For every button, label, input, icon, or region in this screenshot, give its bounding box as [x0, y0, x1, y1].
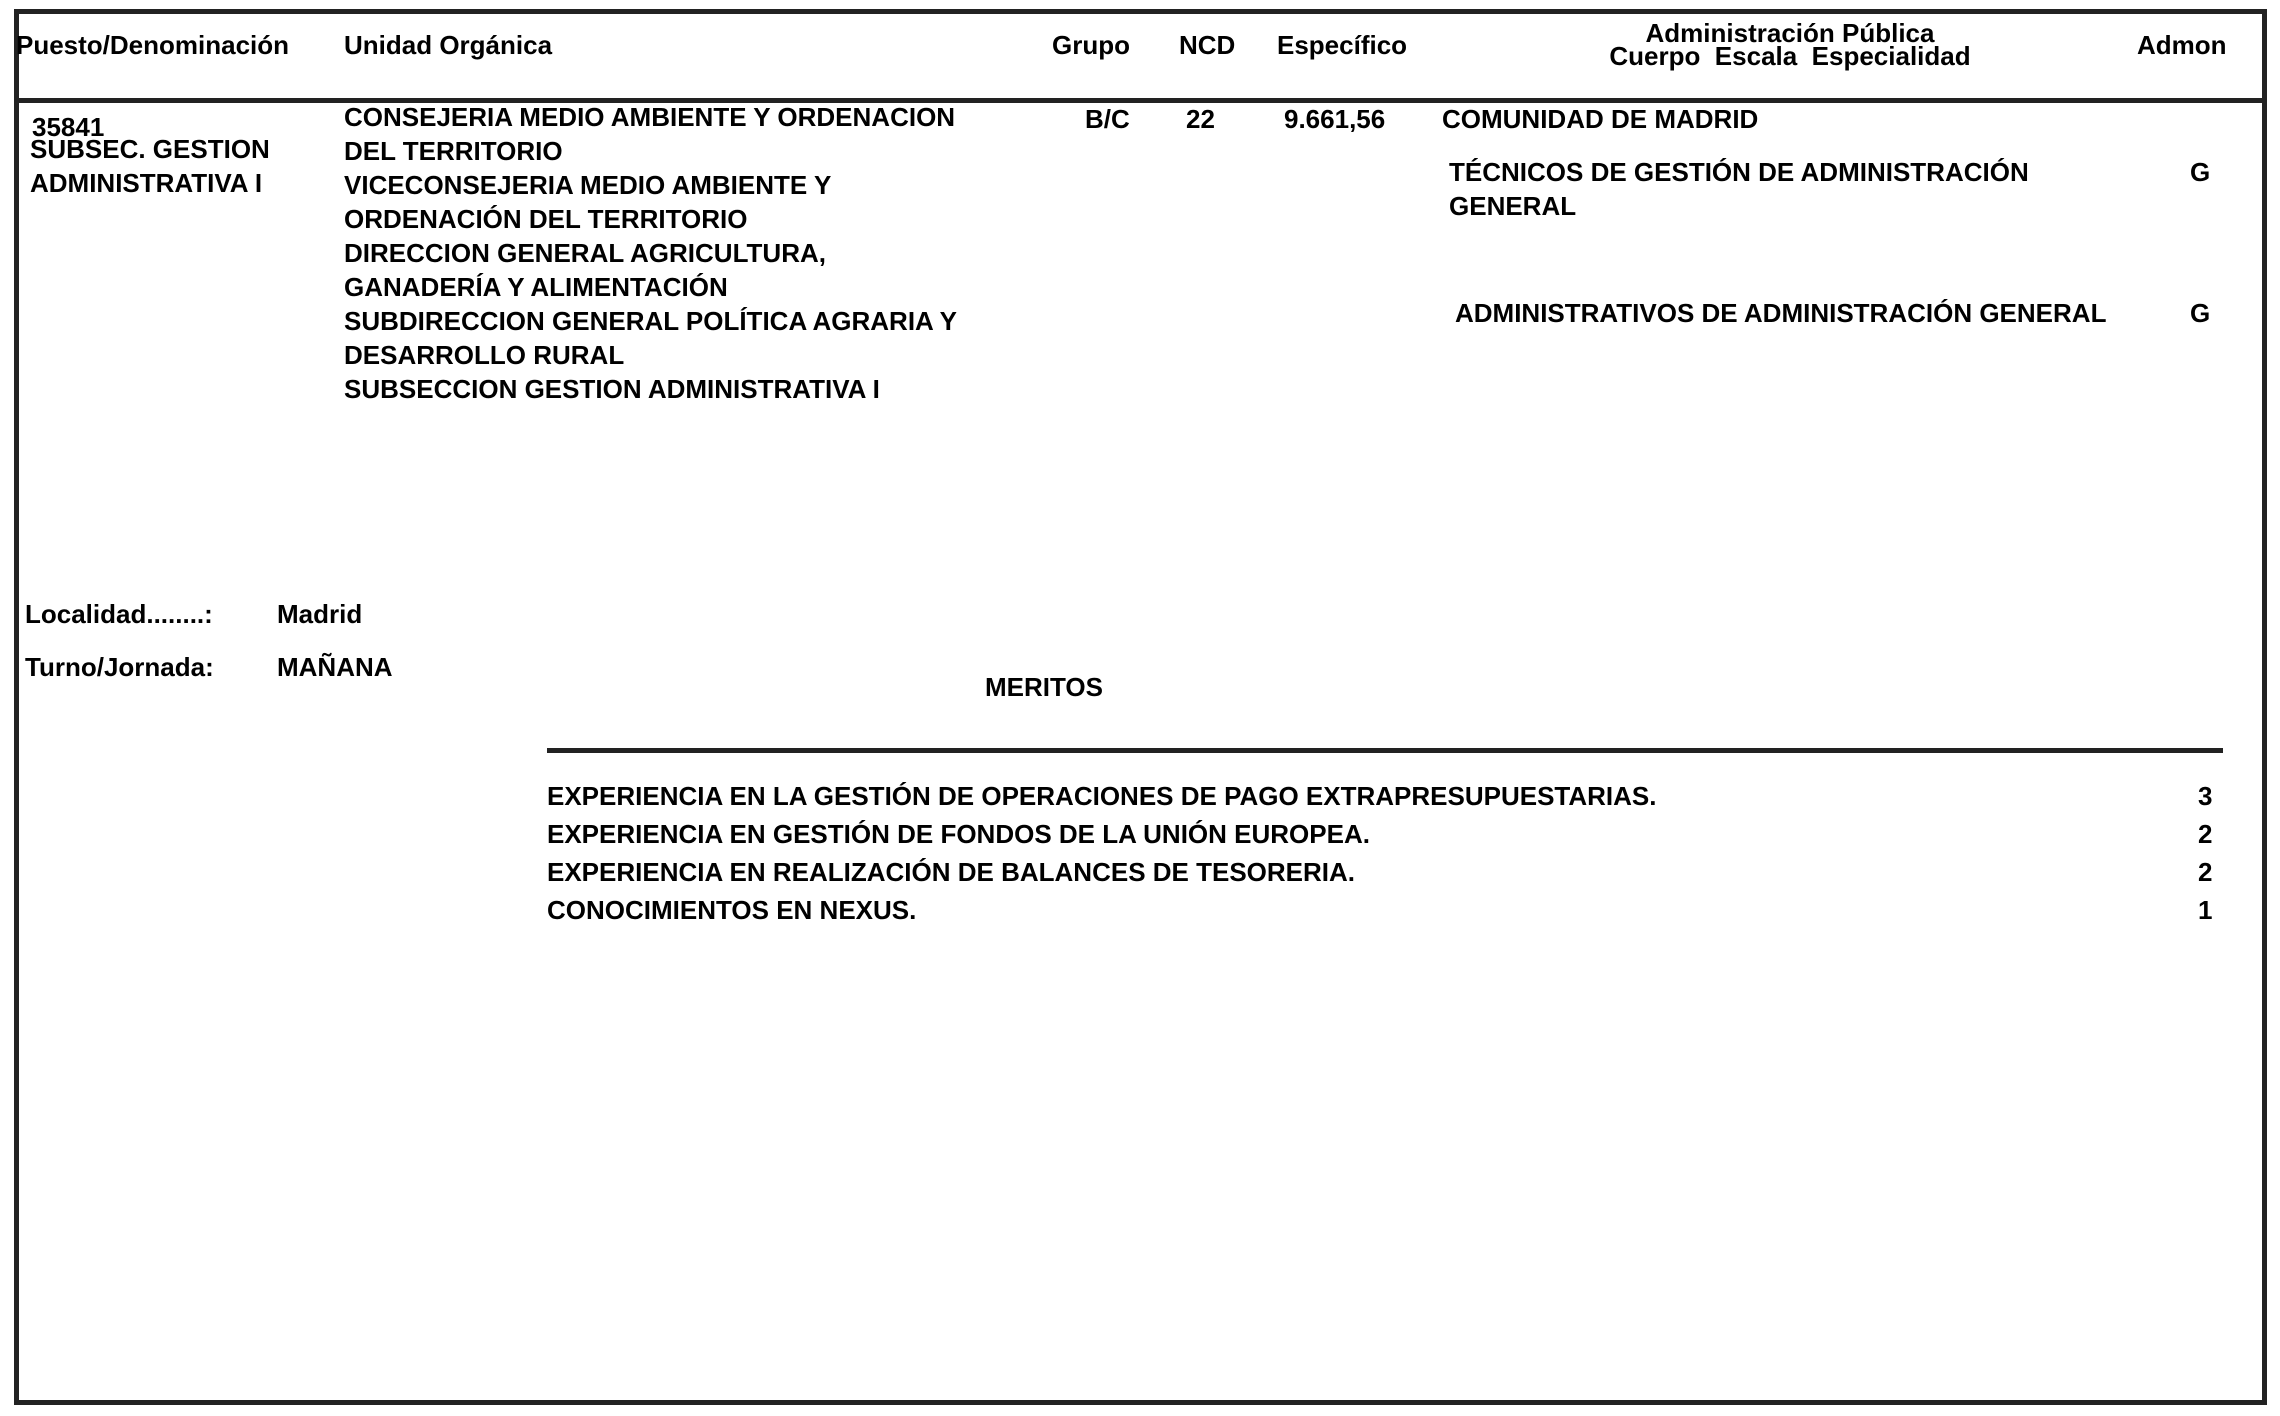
- cuerpo-2: ADMINISTRATIVOS DE ADMINISTRACIÓN GENERA…: [1455, 300, 2106, 326]
- administracion-value: COMUNIDAD DE MADRID: [1442, 106, 1758, 132]
- puesto-denominacion: SUBSEC. GESTION ADMINISTRATIVA I: [30, 132, 270, 200]
- header-admon: Admon: [2137, 32, 2227, 58]
- header-unidad: Unidad Orgánica: [344, 32, 552, 58]
- merito-points: 2: [2198, 821, 2212, 847]
- cuerpo-2-admon: G: [2190, 300, 2210, 326]
- header-puesto: Puesto/Denominación: [16, 32, 289, 58]
- turno-value: MAÑANA: [277, 654, 393, 680]
- grupo-value: B/C: [1085, 106, 1130, 132]
- localidad-value: Madrid: [277, 601, 362, 627]
- header-cuerpo-escala: Cuerpo Escala Especialidad: [1590, 43, 1990, 69]
- header-especifico: Específico: [1277, 32, 1407, 58]
- cuerpo-line: GENERAL: [1449, 189, 2029, 223]
- turno-label: Turno/Jornada:: [25, 654, 214, 680]
- header-ncd: NCD: [1179, 32, 1235, 58]
- merito-text: EXPERIENCIA EN REALIZACIÓN DE BALANCES D…: [547, 859, 1355, 885]
- denominacion-line: ADMINISTRATIVA I: [30, 166, 270, 200]
- merito-text: CONOCIMIENTOS EN NEXUS.: [547, 897, 916, 923]
- merito-points: 2: [2198, 859, 2212, 885]
- cuerpo-line: TÉCNICOS DE GESTIÓN DE ADMINISTRACIÓN: [1449, 155, 2029, 189]
- unidad-line: DEL TERRITORIO: [344, 134, 957, 168]
- unidad-organica: CONSEJERIA MEDIO AMBIENTE Y ORDENACION D…: [344, 100, 957, 406]
- merito-text: EXPERIENCIA EN GESTIÓN DE FONDOS DE LA U…: [547, 821, 1370, 847]
- unidad-line: ORDENACIÓN DEL TERRITORIO: [344, 202, 957, 236]
- ncd-value: 22: [1186, 106, 1215, 132]
- especifico-value: 9.661,56: [1284, 106, 1385, 132]
- unidad-line: SUBSECCION GESTION ADMINISTRATIVA I: [344, 372, 957, 406]
- merito-text: EXPERIENCIA EN LA GESTIÓN DE OPERACIONES…: [547, 783, 1657, 809]
- denominacion-line: SUBSEC. GESTION: [30, 132, 270, 166]
- unidad-line: VICECONSEJERIA MEDIO AMBIENTE Y: [344, 168, 957, 202]
- header-grupo: Grupo: [1052, 32, 1130, 58]
- cuerpo-1-admon: G: [2190, 159, 2210, 185]
- unidad-line: GANADERÍA Y ALIMENTACIÓN: [344, 270, 957, 304]
- meritos-title: MERITOS: [985, 674, 1103, 700]
- unidad-line: DESARROLLO RURAL: [344, 338, 957, 372]
- merito-points: 3: [2198, 783, 2212, 809]
- unidad-line: CONSEJERIA MEDIO AMBIENTE Y ORDENACION: [344, 100, 957, 134]
- unidad-line: DIRECCION GENERAL AGRICULTURA,: [344, 236, 957, 270]
- meritos-divider: [547, 748, 2223, 753]
- unidad-line: SUBDIRECCION GENERAL POLÍTICA AGRARIA Y: [344, 304, 957, 338]
- localidad-label: Localidad........:: [25, 601, 213, 627]
- cuerpo-1: TÉCNICOS DE GESTIÓN DE ADMINISTRACIÓN GE…: [1449, 155, 2029, 223]
- merito-points: 1: [2198, 897, 2212, 923]
